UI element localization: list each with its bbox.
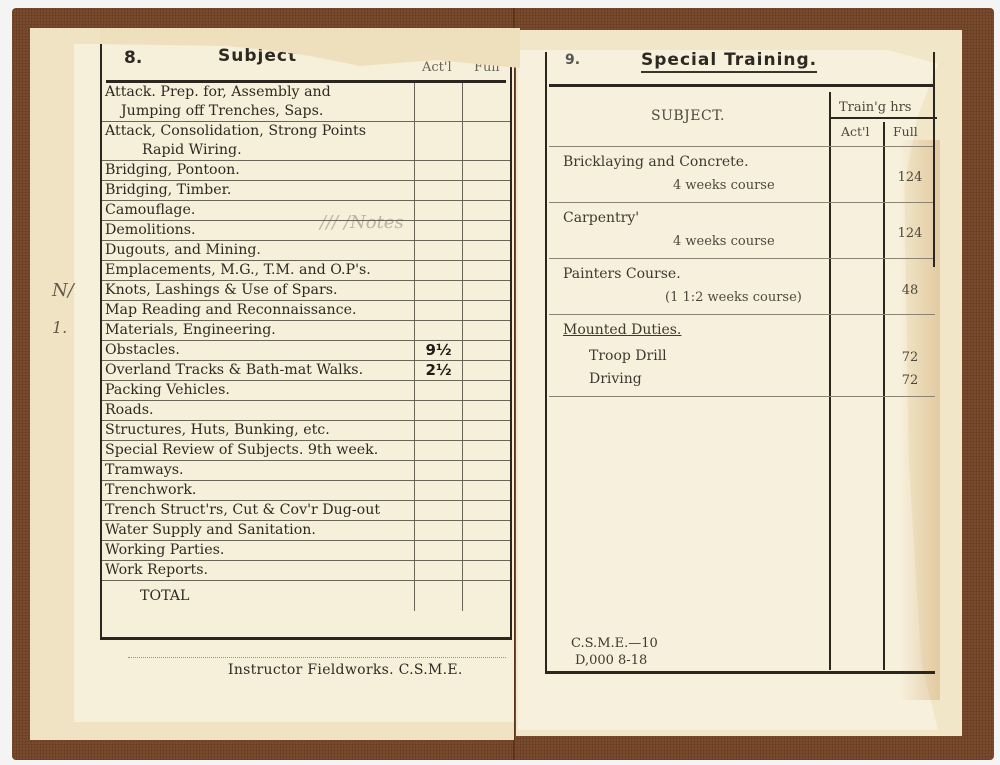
table-row: Demolitions. [102,221,510,241]
subject-text: Attack. Prep. for, Assembly and [105,84,331,100]
table-row: Overland Tracks & Bath-mat Walks.2½ [102,361,510,381]
subject-text: Knots, Lashings & Use of Spars. [102,281,414,300]
full-hours-cell [462,181,510,200]
signature-dotted-line [128,657,506,658]
subject-text: Map Reading and Reconnaissance. [102,301,414,320]
actual-hours-cell [414,481,462,500]
full-hours-cell [462,501,510,520]
actual-hours-cell [414,281,462,300]
subject-text: Bricklaying and Concrete. [563,154,749,170]
table-row: Materials, Engineering. [102,321,510,341]
margin-handwriting: N/ [52,280,74,301]
col-header-full: Full [893,124,918,139]
full-hours-cell [462,122,510,160]
actual-hours-cell: 2½ [414,361,462,380]
subject-text: Bridging, Timber. [102,181,414,200]
full-hours-cell [462,241,510,260]
full-hours-cell [462,201,510,220]
row-divider [549,396,935,397]
full-hours-cell [462,481,510,500]
full-hours-cell [462,341,510,360]
full-hours-cell [462,401,510,420]
table-row: Obstacles.9½ [102,341,510,361]
total-row: TOTAL [102,581,510,611]
table-row: Attack. Prep. for, Assembly and Jumping … [102,83,510,122]
section-number: 9. [565,52,580,68]
col-header-training-hours: Train'g hrs [839,100,911,115]
subject-subitem: Troop Drill [589,348,667,364]
actual-hours-cell [414,301,462,320]
row-divider [549,202,935,203]
full-hours-cell [462,361,510,380]
actual-hours-cell [414,461,462,480]
full-hours-cell [462,561,510,580]
subject-text: Working Parties. [102,541,414,560]
subject-text: Carpentry' [563,210,639,226]
table-row: Roads. [102,401,510,421]
subject-text: Structures, Huts, Bunking, etc. [102,421,414,440]
actual-hours-cell [414,201,462,220]
full-hours-cell [462,281,510,300]
row-divider [549,314,935,315]
instructor-signature-label: Instructor Fieldworks. C.S.M.E. [228,662,463,678]
full-hours-cell: 48 [885,283,935,298]
table-right-border [933,52,935,267]
total-label: TOTAL [102,581,414,611]
actual-hours-cell [414,521,462,540]
subject-text-cont: Rapid Wiring. [105,141,414,160]
full-hours-cell [462,261,510,280]
table-row: Water Supply and Sanitation. [102,521,510,541]
total-actual-cell [414,581,462,611]
subject-text: Materials, Engineering. [102,321,414,340]
subject-text: Obstacles. [102,341,414,360]
table-row: Camouflage. [102,201,510,221]
full-hours-cell [462,301,510,320]
subject-text: Emplacements, M.G., T.M. and O.P's. [102,261,414,280]
header-rule [549,84,935,87]
full-hours-cell [462,321,510,340]
subject-text: Demolitions. [102,221,414,240]
subject-text: Water Supply and Sanitation. [102,521,414,540]
print-run: D,000 8-18 [575,653,647,668]
table-row: Attack, Consolidation, Strong Points Rap… [102,122,510,161]
course-note: (1 1:2 weeks course) [665,290,802,305]
form-number: C.S.M.E.—10 [571,636,658,651]
col-header-subject: SUBJECT. [651,108,725,124]
subject-text: Work Reports. [102,561,414,580]
actual-hours-cell [414,381,462,400]
actual-hours-cell [414,122,462,160]
table-row: Tramways. [102,461,510,481]
table-row: Trenchwork. [102,481,510,501]
subject-text: Mounted Duties. [563,322,681,338]
subject-text: Special Review of Subjects. 9th week. [102,441,414,460]
actual-hours-cell [414,161,462,180]
actual-hours-cell [414,541,462,560]
subject-text: Dugouts, and Mining. [102,241,414,260]
subject-text: Tramways. [102,461,414,480]
subject-text: Camouflage. [102,201,414,220]
actual-hours-cell [414,441,462,460]
full-hours-cell: 124 [885,226,935,241]
actual-hours-cell [414,221,462,240]
full-hours-cell [462,441,510,460]
course-note: 4 weeks course [673,178,775,193]
table-row: Dugouts, and Mining. [102,241,510,261]
table-row: Map Reading and Reconnaissance. [102,301,510,321]
row-divider [549,258,935,259]
actual-hours-cell [414,261,462,280]
table-row: Work Reports. [102,561,510,581]
section-number: 8. [124,48,142,68]
subject-subitem: Driving [589,371,642,387]
margin-handwriting: 1. [52,318,67,337]
actual-hours-cell [414,401,462,420]
table-row: Emplacements, M.G., T.M. and O.P's. [102,261,510,281]
actual-hours-cell [414,421,462,440]
section-title: Special Training. [641,50,817,73]
subject-text: Roads. [102,401,414,420]
subject-text-cont: Jumping off Trenches, Saps. [105,102,414,121]
full-hours-cell [462,521,510,540]
actual-hours-cell [414,181,462,200]
subject-text: Trenchwork. [102,481,414,500]
table-row: Special Review of Subjects. 9th week. [102,441,510,461]
table-row: Packing Vehicles. [102,381,510,401]
col-header-actual: Act'l [422,60,452,75]
table-row: Knots, Lashings & Use of Spars. [102,281,510,301]
actual-hours-cell [414,321,462,340]
full-hours-cell [462,221,510,240]
subject-text: Painters Course. [563,266,681,282]
course-note: 4 weeks course [673,234,775,249]
header-rule [831,117,937,119]
full-hours-cell [462,161,510,180]
table-row: Structures, Huts, Bunking, etc. [102,421,510,441]
table-row: Bridging, Pontoon. [102,161,510,181]
full-hours-cell [462,541,510,560]
subject-text: Overland Tracks & Bath-mat Walks. [102,361,414,380]
full-hours-cell: 72 [885,373,935,388]
subject-text: Trench Struct'rs, Cut & Cov'r Dug-out [102,501,414,520]
actual-hours-cell [414,83,462,121]
full-hours-cell [462,461,510,480]
actual-hours-cell: 9½ [414,341,462,360]
full-hours-cell: 124 [885,170,935,185]
total-full-cell [462,581,510,611]
full-hours-cell [462,421,510,440]
full-hours-cell [462,381,510,400]
subjects-table: 8. Subject Act'l Full Attack. Prep. for,… [100,42,512,640]
subject-text: Bridging, Pontoon. [102,161,414,180]
table-row: Bridging, Timber. [102,181,510,201]
actual-hours-cell [414,241,462,260]
row-divider [549,146,935,147]
subject-text: Attack, Consolidation, Strong Points [105,123,366,139]
table-row: Working Parties. [102,541,510,561]
full-hours-cell [462,83,510,121]
table-row: Trench Struct'rs, Cut & Cov'r Dug-out [102,501,510,521]
col-header-actual: Act'l [841,124,870,139]
column-divider [829,92,831,670]
actual-hours-cell [414,501,462,520]
full-hours-cell: 72 [885,350,935,365]
subjects-rows: Attack. Prep. for, Assembly and Jumping … [102,83,510,611]
subject-text: Packing Vehicles. [102,381,414,400]
special-training-table: 9. Special Training. SUBJECT. Train'g hr… [545,52,935,674]
actual-hours-cell [414,561,462,580]
